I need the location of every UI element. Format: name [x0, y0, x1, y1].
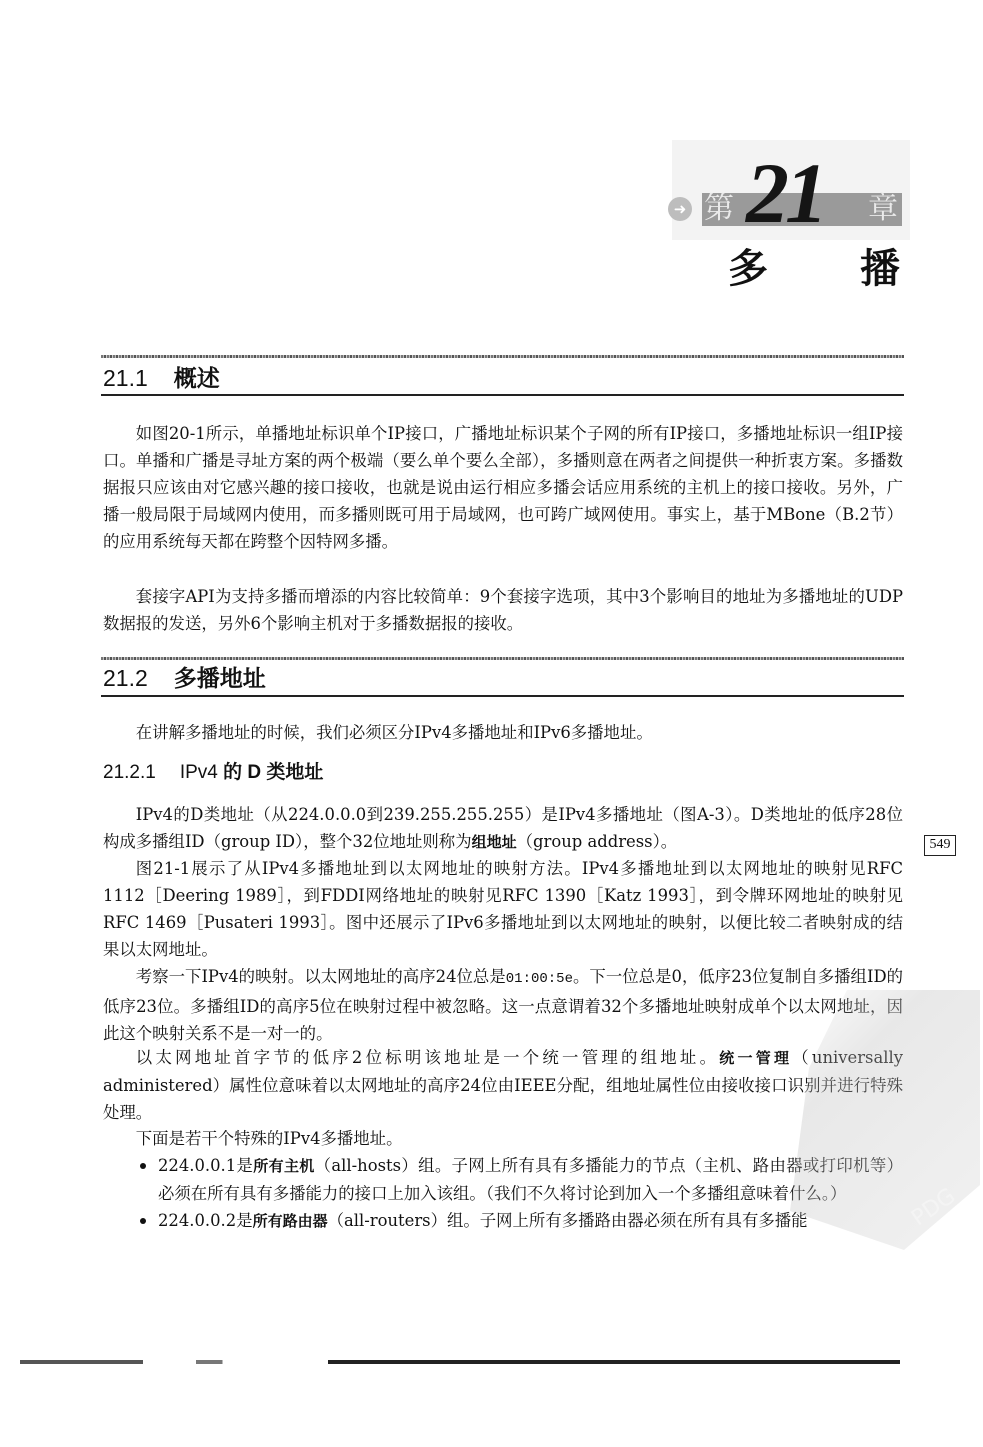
paragraph-mapping-figure: 图21-1展示了从IPv4多播地址到以太网地址的映射方法。IPv4多播地址到以太…: [103, 855, 903, 963]
text: （all-routers）组。子网上所有多播路由器必须在所有具有多播能: [328, 1211, 808, 1230]
term-universally-administered: 统一管理: [719, 1049, 792, 1067]
text: （group address）。: [517, 832, 678, 851]
paragraph-universally-administered: 以太网地址首字节的低序2位标明该地址是一个统一管理的组地址。统一管理（unive…: [103, 1044, 903, 1126]
text: 以太网地址首字节的低序2位标明该地址是一个统一管理的组地址。: [136, 1048, 719, 1067]
text: 考察一下IPv4的映射。以太网地址的高序24位总是: [136, 967, 506, 986]
subsection-title-prefix: IPv4: [180, 762, 218, 783]
paragraph-ipv4-mapping: 考察一下IPv4的映射。以太网地址的高序24位总是01:00:5e。下一位总是0…: [103, 963, 903, 1047]
section-rule-bottom: [101, 394, 904, 396]
paragraph-special-addresses: 下面是若干个特殊的IPv4多播地址。: [103, 1125, 903, 1152]
chapter-number: 21: [746, 150, 824, 236]
special-addresses-list: 224.0.0.1是所有主机（all-hosts）组。子网上所有具有多播能力的节…: [140, 1152, 903, 1235]
term-all-routers: 所有路由器: [253, 1212, 328, 1230]
list-item: 224.0.0.1是所有主机（all-hosts）组。子网上所有具有多播能力的节…: [140, 1152, 903, 1207]
paragraph-class-d: IPv4的D类地址（从224.0.0.0到239.255.255.255）是IP…: [103, 801, 903, 856]
ethernet-prefix-code: 01:00:5e: [506, 971, 573, 987]
section-heading-21-1: 21.1概述: [103, 364, 220, 392]
text: 224.0.0.2是: [158, 1211, 253, 1230]
term-all-hosts: 所有主机: [253, 1157, 314, 1175]
section-number: 21.1: [103, 365, 148, 391]
section-heading-21-2: 21.2多播地址: [103, 664, 266, 692]
paragraph-multicast-intro: 在讲解多播地址的时候，我们必须区分IPv4多播地址和IPv6多播地址。: [103, 719, 903, 746]
section-rule-top: [101, 657, 904, 660]
paragraph-overview-1: 如图20-1所示，单播地址标识单个IP接口，广播地址标识某个子网的所有IP接口，…: [103, 420, 903, 555]
section-number: 21.2: [103, 665, 148, 691]
arrow-icon: ➜: [668, 197, 692, 221]
subsection-title: 的 D 类地址: [223, 762, 323, 783]
section-title: 概述: [174, 365, 220, 391]
paragraph-overview-2: 套接字API为支持多播而增添的内容比较简单：9个套接字选项，其中3个影响目的地址…: [103, 583, 903, 637]
list-item: 224.0.0.2是所有路由器（all-routers）组。子网上所有多播路由器…: [140, 1207, 903, 1235]
chapter-title-char-1: 多: [728, 246, 768, 292]
text: 224.0.0.1是: [158, 1156, 253, 1175]
book-page: ➜ 第 21 章 多 播 21.1概述 如图20-1所示，单播地址标识单个IP接…: [0, 0, 983, 1447]
section-rule-top: [101, 355, 904, 358]
section-rule-bottom: [101, 695, 904, 697]
section-title: 多播地址: [174, 665, 266, 691]
footer-rule: [20, 1360, 900, 1364]
chapter-prefix: 第: [704, 192, 734, 226]
subsection-number: 21.2.1: [103, 762, 156, 783]
chapter-suffix: 章: [868, 192, 898, 226]
chapter-title-char-2: 播: [860, 246, 900, 292]
subsection-heading-21-2-1: 21.2.1IPv4 的 D 类地址: [103, 761, 323, 785]
term-group-address: 组地址: [472, 833, 517, 851]
page-number: 549: [924, 835, 956, 856]
